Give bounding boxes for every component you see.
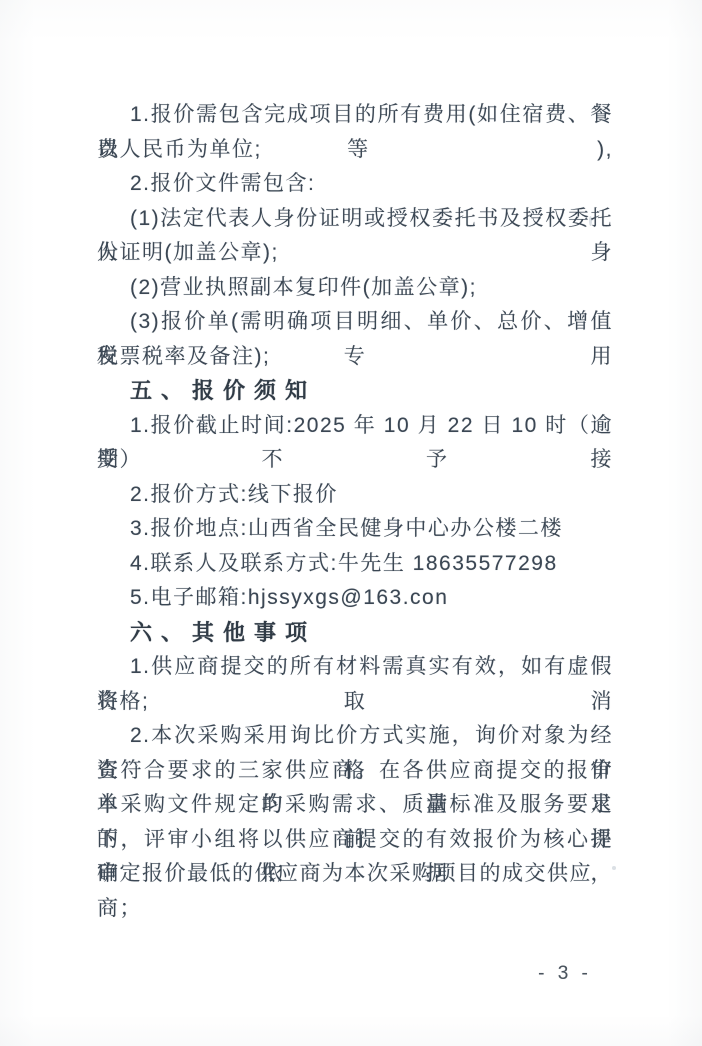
document-page: 1.报价需包含完成项目的所有费用(如住宿费、餐费等),以人民币为单位;2.报价文…	[0, 0, 702, 1046]
document-body: 1.报价需包含完成项目的所有费用(如住宿费、餐费等),以人民币为单位;2.报价文…	[97, 98, 613, 892]
section-heading: 五、报价须知	[97, 374, 613, 409]
document-line: 2.报价文件需包含:	[97, 167, 613, 202]
document-line: 1.报价需包含完成项目的所有费用(如住宿费、餐费等),	[97, 98, 613, 133]
document-line: 5.电子邮箱:hjssyxgs@163.con	[97, 581, 613, 616]
document-line: 1.供应商提交的所有材料需真实有效，如有虚假将取消	[97, 650, 613, 685]
document-line: (1)法定代表人身份证明或授权委托书及授权委托人身	[97, 202, 613, 237]
document-line: 1.报价截止时间:2025 年 10 月 22 日 10 时（逾期不予接	[97, 409, 613, 444]
document-line: 2.报价方式:线下报价	[97, 478, 613, 513]
document-line: 2.本次采购采用询比价方式实施，询价对象为经资格审	[97, 719, 613, 754]
document-line: (3)报价单(需明确项目明细、单价、总价、增值税专用	[97, 305, 613, 340]
document-line: 下，评审小组将以供应商提交的有效报价为核心评审依据，	[97, 823, 613, 858]
page-number: - 3 -	[520, 963, 610, 985]
document-line: 确定报价最低的供应商为本次采购项目的成交供应商；	[97, 857, 613, 892]
document-line: 4.联系人及联系方式:牛先生 18635577298	[97, 547, 613, 582]
document-line: (2)营业执照副本复印件(加盖公章);	[97, 271, 613, 306]
document-line: 查符合要求的三家供应商。在各供应商提交的报价单均满足	[97, 754, 613, 789]
section-heading: 六、其他事项	[97, 616, 613, 651]
document-line: 3.报价地点:山西省全民健身中心办公楼二楼	[97, 512, 613, 547]
document-line: 本采购文件规定的采购需求、质量标准及服务要求的前提	[97, 788, 613, 823]
